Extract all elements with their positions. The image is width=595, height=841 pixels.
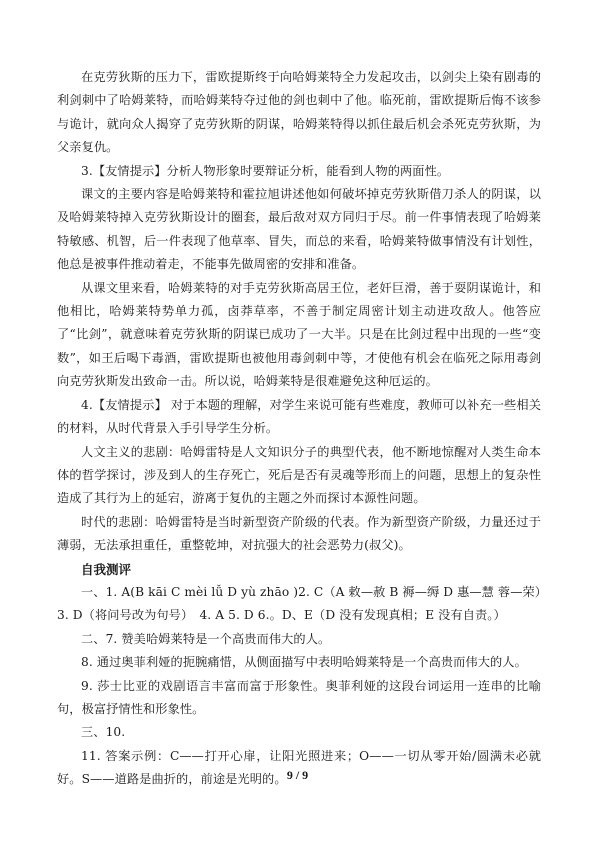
paragraph-tip-3: 3.【友情提示】分析人物形象时要辩证分析，能看到人物的两面性。 xyxy=(57,160,541,183)
answer-9: 9. 莎士比亚的戏剧语言丰富而富于形象性。奥菲利娅的这段台词运用一连串的比喻句，… xyxy=(57,675,541,722)
document-page: 在克劳狄斯的压力下，雷欧提斯终于向哈姆莱特全力发起攻击，以剑尖上染有剧毒的利剑刺… xyxy=(57,66,541,792)
paragraph-tip-4: 4.【友情提示】 对于本题的理解，对学生来说可能有些难度，教师可以补充一些相关的… xyxy=(57,394,541,441)
paragraph-revenge-ending: 在克劳狄斯的压力下，雷欧提斯终于向哈姆莱特全力发起攻击，以剑尖上染有剧毒的利剑刺… xyxy=(57,66,541,160)
paragraph-claudius-analysis: 从课文里来看，哈姆莱特的对手克劳狄斯高居王位，老奸巨滑，善于耍阴谋诡计，和他相比… xyxy=(57,277,541,394)
paragraph-main-content: 课文的主要内容是哈姆莱特和霍拉旭讲述他如何破坏掉克劳狄斯借刀杀人的阴谋，以及哈姆… xyxy=(57,183,541,277)
answer-part-1: 一、1. A(B kāi C mèi lǚ D yù zhāo )2. C（A … xyxy=(57,581,541,628)
answer-10: 三、10. xyxy=(57,721,541,744)
paragraph-era-tragedy: 时代的悲剧：哈姆雷特是当时新型资产阶级的代表。作为新型资产阶级，力量还过于薄弱，… xyxy=(57,511,541,558)
paragraph-humanism-tragedy: 人文主义的悲剧：哈姆雷特是人文知识分子的典型代表，他不断地惊醒对人类生命本体的哲… xyxy=(57,441,541,511)
answer-8: 8. 通过奥菲利娅的扼腕痛惜，从侧面描写中表明哈姆莱特是一个高贵而伟大的人。 xyxy=(57,651,541,674)
answer-7: 二、7. 赞美哈姆莱特是一个高贵而伟大的人。 xyxy=(57,628,541,651)
section-heading-self-assessment: 自我测评 xyxy=(57,558,541,581)
page-number: 9 / 9 xyxy=(0,768,595,783)
